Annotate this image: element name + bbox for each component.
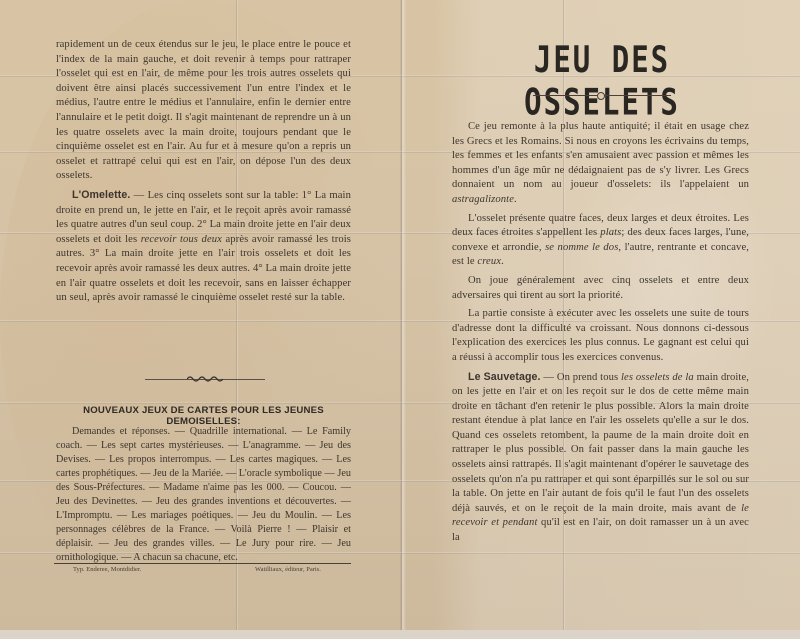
plats-term: plats bbox=[600, 227, 621, 238]
astragalizonte-term: astragalizonte bbox=[452, 194, 514, 205]
left-column: rapidement un de ceux étendus sur le jeu… bbox=[56, 38, 351, 310]
omelette-italic: recevoir tous deux bbox=[141, 234, 222, 245]
sauvetage-text: — On prend tous bbox=[541, 372, 621, 383]
rules-paragraph: La partie consiste à exécuter avec les o… bbox=[452, 307, 749, 365]
sauvetage-text: main droite, on les jette en l'air et on… bbox=[452, 372, 749, 514]
page-title: JEU DES OSSELETS bbox=[462, 38, 742, 123]
publisher-imprint: Watilliaux, éditeur, Paris. bbox=[255, 566, 321, 573]
faces-paragraph: L'osselet présente quatre faces, deux la… bbox=[452, 212, 749, 270]
cards-list-text: Demandes et réponses. — Quadrille intern… bbox=[56, 425, 351, 565]
title-ornament-divider bbox=[533, 92, 671, 100]
fold-line-vertical bbox=[401, 0, 403, 630]
faces-text: . bbox=[501, 256, 504, 267]
paper-sheet: rapidement un de ceux étendus sur le jeu… bbox=[0, 0, 800, 630]
cards-heading: NOUVEAUX JEUX DE CARTES POUR LES JEUNES … bbox=[56, 405, 351, 427]
sauvetage-paragraph: Le Sauvetage. — On prend tous les ossele… bbox=[452, 370, 749, 546]
ornament-dot-icon bbox=[597, 92, 605, 100]
dos-term: se nomme le dos bbox=[545, 242, 618, 253]
intro-text: Ce jeu remonte à la plus haute antiquité… bbox=[452, 121, 749, 190]
intro-paragraph: Ce jeu remonte à la plus haute antiquité… bbox=[452, 120, 749, 208]
continuation-paragraph: rapidement un de ceux étendus sur le jeu… bbox=[56, 38, 351, 184]
sauvetage-heading: Le Sauvetage. bbox=[468, 371, 541, 383]
right-column: Ce jeu remonte à la plus haute antiquité… bbox=[452, 120, 749, 550]
footer-rule bbox=[54, 563, 351, 564]
wavy-ornament-divider bbox=[145, 374, 265, 384]
sauvetage-italic: les osselets de la bbox=[621, 372, 694, 383]
creux-term: creux bbox=[477, 256, 501, 267]
omelette-paragraph: L'Omelette. — Les cinq osselets sont sur… bbox=[56, 188, 351, 306]
cards-list: Demandes et réponses. — Quadrille intern… bbox=[56, 425, 351, 565]
intro-text: . bbox=[514, 194, 517, 205]
omelette-heading: L'Omelette. bbox=[72, 189, 130, 201]
players-paragraph: On joue généralement avec cinq osselets … bbox=[452, 274, 749, 303]
printer-imprint: Typ. Enderee, Montdidier. bbox=[73, 566, 141, 573]
